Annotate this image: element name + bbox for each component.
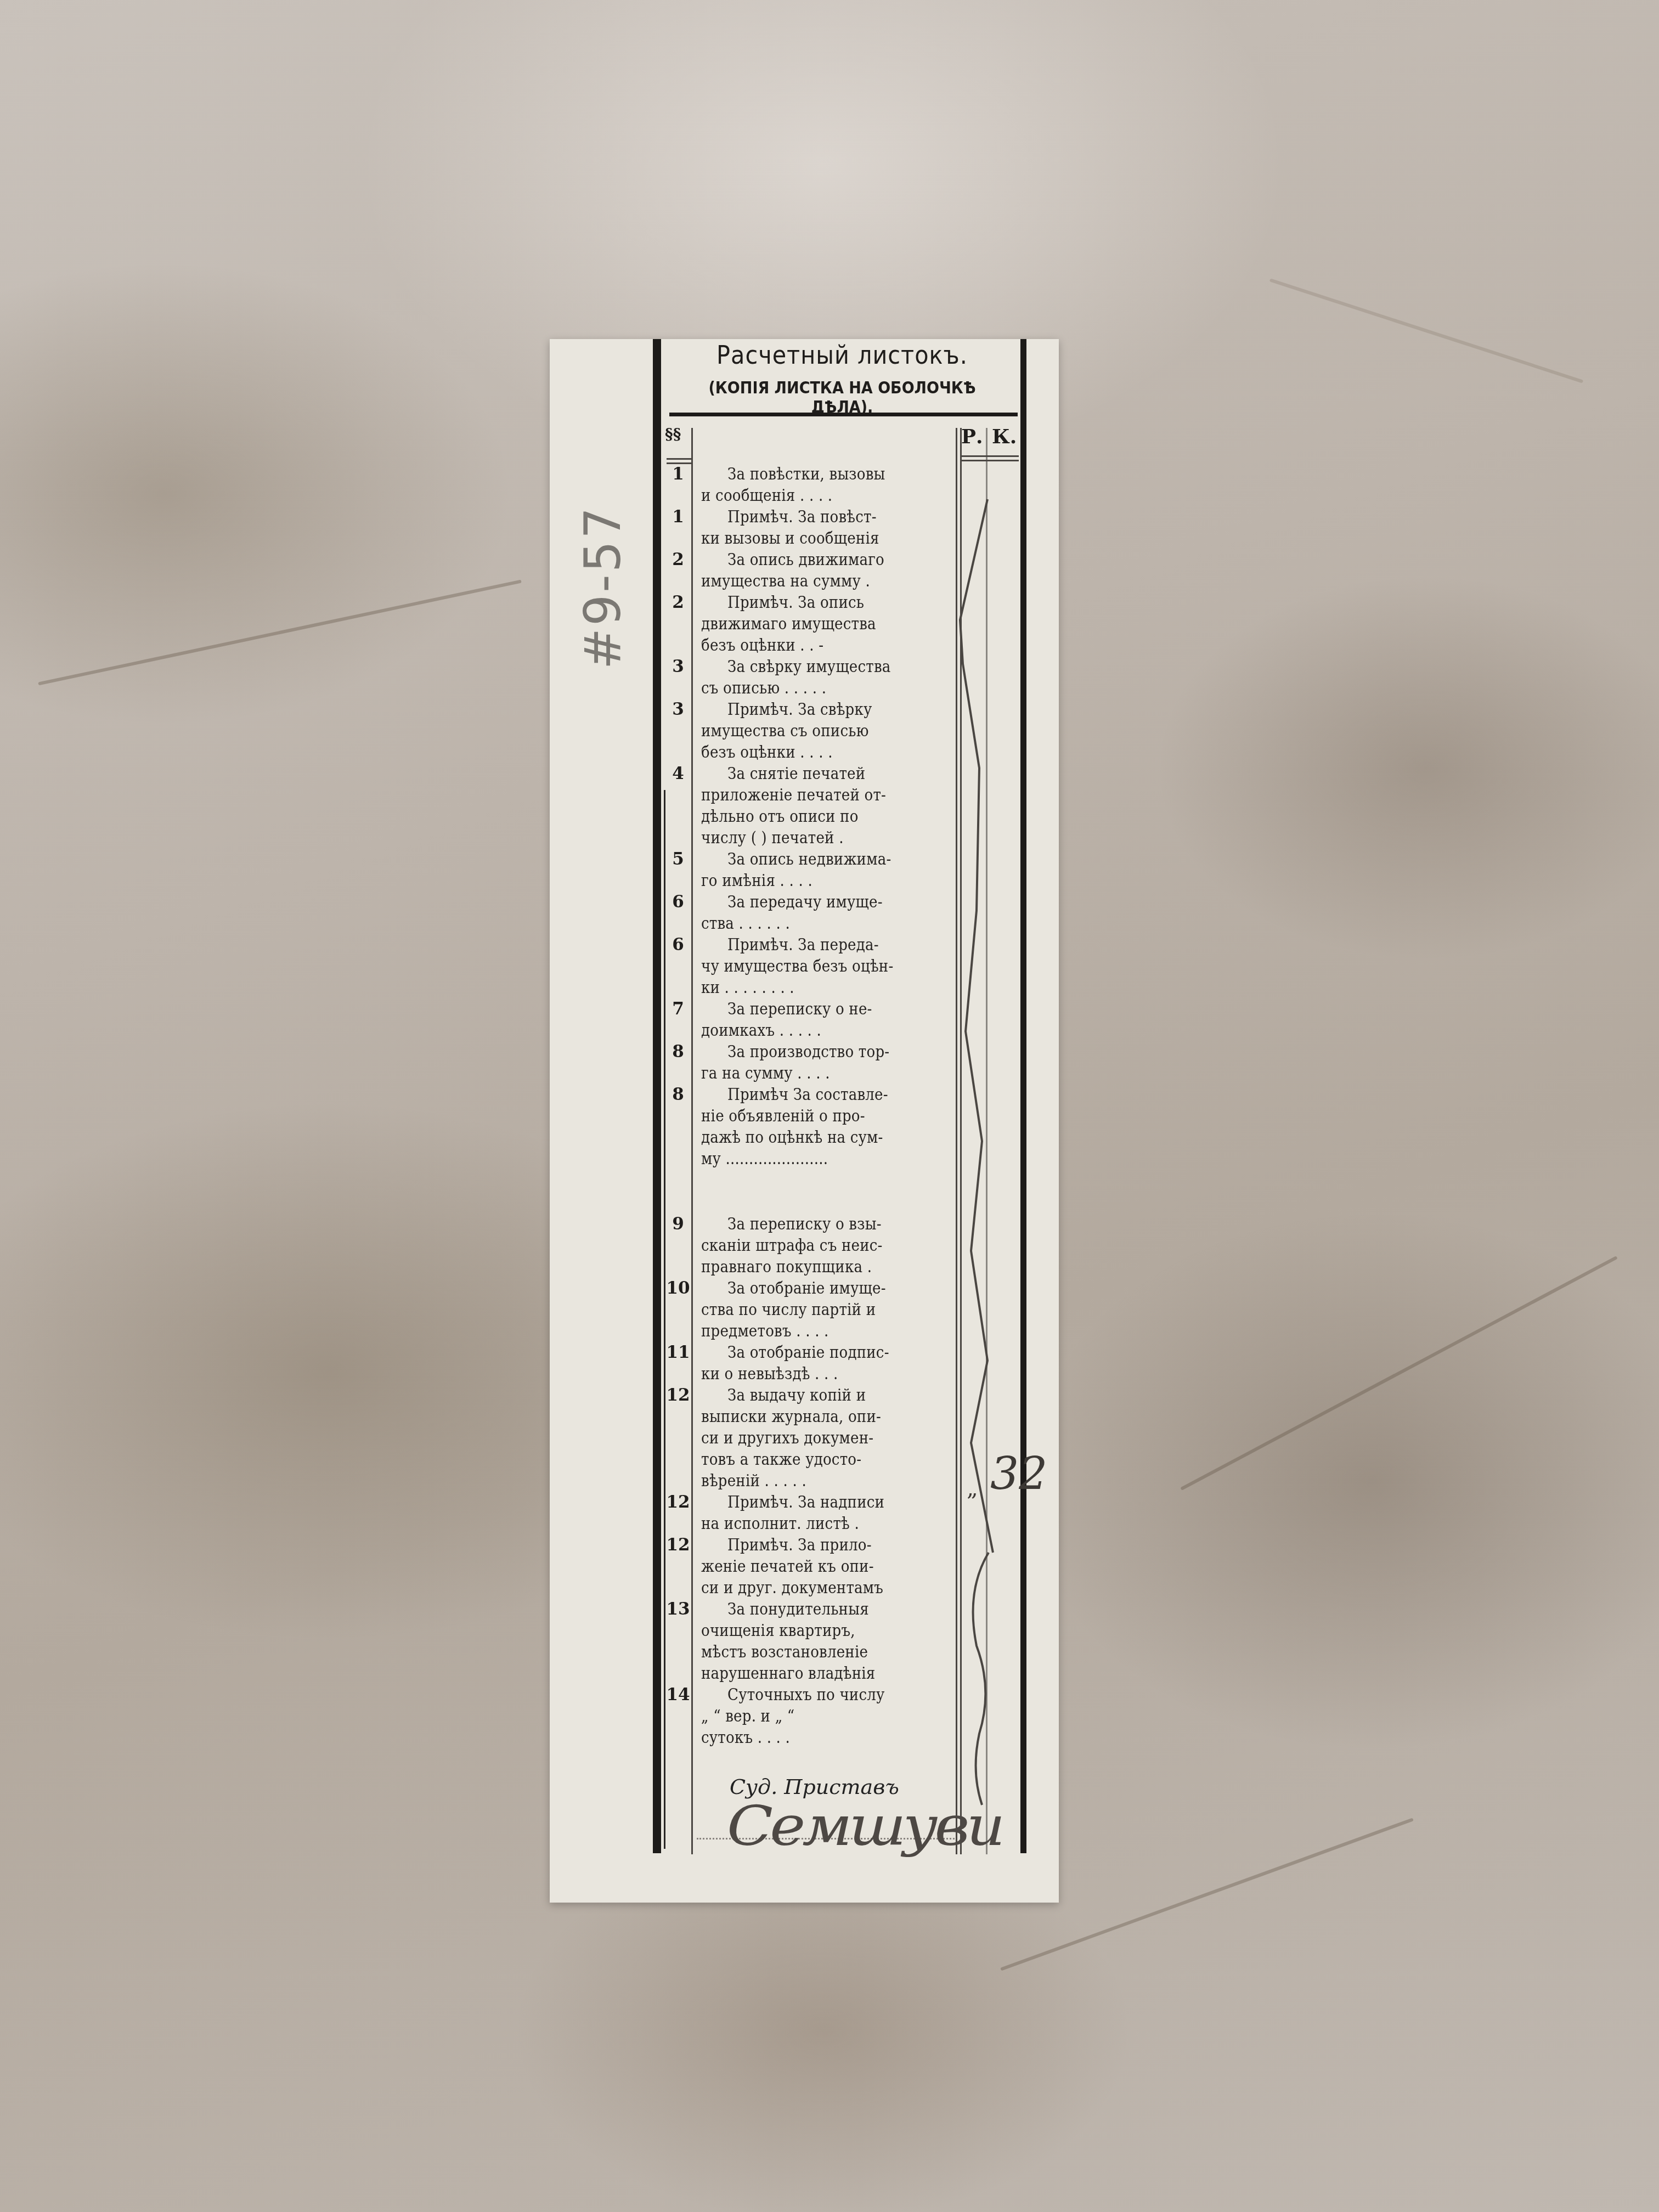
amount-prefix-mark: „ (967, 1476, 978, 1501)
fee-item-row: 3За свѣрку имуществасъ описью . . . . . (664, 656, 960, 699)
section-number: 4 (664, 763, 692, 849)
description-line: За отобраніе подпис- (701, 1342, 960, 1363)
fee-item-row: 11За отобраніе подпис-ки о невыѣздѣ . . … (664, 1342, 960, 1385)
section-number: 14 (664, 1684, 692, 1748)
description-line: вѣреній . . . . . (701, 1470, 960, 1492)
section-number: 1 (664, 506, 692, 549)
description-line: ки вызовы и сообщенія (701, 528, 960, 549)
section-number: 2 (664, 549, 692, 592)
fee-item-row: 12Примѣч. За надписина исполнит. листѣ . (664, 1492, 960, 1534)
margin-note: #9-57 (554, 477, 653, 697)
fee-item-description: За переписку о взы-сканіи штрафа съ неис… (692, 1214, 960, 1278)
document-title: Расчетный листокъ. (664, 340, 1020, 370)
handwritten-amount: 32 (990, 1448, 1047, 1500)
section-number: 11 (664, 1342, 692, 1385)
description-line: правнаго покупщика . (701, 1256, 960, 1278)
description-line: ства . . . . . . (701, 913, 960, 934)
description-line: и сообщенія . . . . (701, 485, 960, 506)
strike-through-line (955, 483, 1031, 1810)
rubles-column-header: Р. (961, 425, 983, 448)
left-border-rule (653, 339, 661, 1853)
description-line: За передачу имуще- (701, 891, 960, 913)
fee-item-description: Примѣч. За переда-чу имущества безъ оцѣн… (692, 934, 960, 998)
fee-item-description: За отобраніе подпис-ки о невыѣздѣ . . . (692, 1342, 960, 1385)
description-line: ства по числу партій и (701, 1299, 960, 1321)
description-line: движимаго имущества (701, 613, 960, 635)
description-line: За снятіе печатей (701, 763, 960, 785)
description-line: сканіи штрафа съ неис- (701, 1235, 960, 1256)
description-line: ки о невыѣздѣ . . . (701, 1363, 960, 1385)
section-number: 8 (664, 1041, 692, 1084)
fee-item-description: За переписку о не-доимкахъ . . . . . (692, 998, 960, 1041)
fee-item-row: 2Примѣч. За описьдвижимаго имуществабезъ… (664, 592, 960, 656)
description-line: За повѣстки, вызовы (701, 464, 960, 485)
header-underline (667, 458, 691, 460)
fee-item-description: За понудительныяочищенія квартиръ,мѣстъ … (692, 1599, 960, 1684)
section-number: 3 (664, 656, 692, 699)
description-line: За выдачу копій и (701, 1385, 960, 1406)
marble-vein (38, 580, 522, 686)
description-line: си и друг. документамъ (701, 1577, 960, 1599)
fee-item-row: 10За отобраніе имуще-ства по числу парті… (664, 1278, 960, 1342)
fee-item-description: За передачу имуще-ства . . . . . . (692, 891, 960, 934)
description-line: си и другихъ докумен- (701, 1427, 960, 1449)
fee-item-row: 1За повѣстки, вызовыи сообщенія . . . . (664, 464, 960, 506)
fee-item-row: 2За опись движимагоимущества на сумму . (664, 549, 960, 592)
fee-item-description: За отобраніе имуще-ства по числу партій … (692, 1278, 960, 1342)
description-line: нарушеннаго владѣнія (701, 1663, 960, 1684)
description-line: За переписку о взы- (701, 1214, 960, 1235)
description-line: имущества на сумму . (701, 571, 960, 592)
header-rule (669, 413, 1018, 416)
description-line: женіе печатей къ опи- (701, 1556, 960, 1577)
section-number: 6 (664, 934, 692, 998)
fee-item-row: 8Примѣч За составле-ніе объявленій о про… (664, 1084, 960, 1170)
fee-item-description: За повѣстки, вызовыи сообщенія . . . . (692, 464, 960, 506)
description-line: числу ( ) печатей . (701, 827, 960, 849)
description-line: го имѣнія . . . . (701, 870, 960, 891)
fee-item-description: За свѣрку имуществасъ описью . . . . . (692, 656, 960, 699)
description-line: товъ а также удосто- (701, 1449, 960, 1470)
fee-item-description: За опись движимагоимущества на сумму . (692, 549, 960, 592)
description-line: приложеніе печатей от- (701, 785, 960, 806)
description-line: Примѣч. За свѣрку (701, 699, 960, 720)
description-line: За производство тор- (701, 1041, 960, 1063)
section-number: 12 (664, 1385, 692, 1492)
description-line: Примѣч. За опись (701, 592, 960, 613)
description-line: очищенія квартиръ, (701, 1620, 960, 1641)
description-line: Суточныхъ по числу (701, 1684, 960, 1706)
kopecks-column-header: К. (992, 425, 1017, 448)
description-line: дажѣ по оцѣнкѣ на сум- (701, 1127, 960, 1148)
description-line: За свѣрку имущества (701, 656, 960, 678)
fee-item-row: 12За выдачу копій ивыписки журнала, опи-… (664, 1385, 960, 1492)
fee-item-row: 5За опись недвижима-го имѣнія . . . . (664, 849, 960, 891)
header-underline (961, 455, 1019, 457)
section-number: 5 (664, 849, 692, 891)
fee-item-description: За снятіе печатейприложеніе печатей от-д… (692, 763, 960, 849)
margin-note-text: #9-57 (575, 505, 633, 669)
description-line: За понудительныя (701, 1599, 960, 1620)
section-number: 2 (664, 592, 692, 656)
description-line: ки . . . . . . . . (701, 977, 960, 998)
marble-vein (1180, 1256, 1617, 1491)
section-number: 1 (664, 464, 692, 506)
fee-item-description: Суточныхъ по числу„ “ вер. и „ “сутокъ .… (692, 1684, 960, 1748)
fee-item-row: 13За понудительныяочищенія квартиръ,мѣст… (664, 1599, 960, 1684)
document-subtitle: (КОПІЯ ЛИСТКА НА ОБОЛОЧКѢ ДѢЛА). (682, 379, 1003, 417)
fee-item-row: 9За переписку о взы-сканіи штрафа съ неи… (664, 1214, 960, 1278)
fee-item-row: 3Примѣч. За свѣркуимущества съ описьюбез… (664, 699, 960, 763)
fee-item-row: 12Примѣч. За прило-женіе печатей къ опи-… (664, 1534, 960, 1599)
section-number: 3 (664, 699, 692, 763)
description-line: За отобраніе имуще- (701, 1278, 960, 1299)
fee-items-list: 1За повѣстки, вызовыи сообщенія . . . .1… (664, 464, 960, 1748)
description-line: „ “ вер. и „ “ (701, 1706, 960, 1727)
fee-item-description: Примѣч. За описьдвижимаго имуществабезъ … (692, 592, 960, 656)
description-line: Примѣч За составле- (701, 1084, 960, 1105)
fee-item-row: 8За производство тор-га на сумму . . . . (664, 1041, 960, 1084)
description-line: дѣльно отъ описи по (701, 806, 960, 827)
fee-item-description: Примѣч. За свѣркуимущества съ описьюбезъ… (692, 699, 960, 763)
description-line: безъ оцѣнки . . . . (701, 742, 960, 763)
description-line: Примѣч. За прило- (701, 1534, 960, 1556)
fee-item-description: За выдачу копій ивыписки журнала, опи-си… (692, 1385, 960, 1492)
description-line: Примѣч. За повѣст- (701, 506, 960, 528)
description-line: За переписку о не- (701, 998, 960, 1020)
description-line: мѣстъ возстановленіе (701, 1641, 960, 1663)
fee-item-description: Примѣч. За надписина исполнит. листѣ . (692, 1492, 960, 1534)
header-underline (961, 460, 1019, 461)
description-line: имущества съ описью (701, 720, 960, 742)
section-number: 12 (664, 1534, 692, 1599)
description-line: предметовъ . . . . (701, 1321, 960, 1342)
fee-item-description: Примѣч За составле-ніе объявленій о про-… (692, 1084, 960, 1170)
fee-item-row: 4За снятіе печатейприложеніе печатей от-… (664, 763, 960, 849)
section-number: 8 (664, 1084, 692, 1170)
fee-item-description: Примѣч. За повѣст-ки вызовы и сообщенія (692, 506, 960, 549)
description-line: му ...................... (701, 1148, 960, 1170)
signature: Семшуви (727, 1795, 1002, 1858)
section-number: 7 (664, 998, 692, 1041)
description-line: чу имущества безъ оцѣн- (701, 956, 960, 977)
fee-item-description: Примѣч. За прило-женіе печатей къ опи-си… (692, 1534, 960, 1599)
marble-vein (1269, 278, 1583, 383)
fee-item-row: 14Суточныхъ по числу„ “ вер. и „ “сутокъ… (664, 1684, 960, 1748)
section-number: 9 (664, 1214, 692, 1278)
description-line: Примѣч. За надписи (701, 1492, 960, 1513)
fee-item-row: 7За переписку о не-доимкахъ . . . . . (664, 998, 960, 1041)
section-column-header: §§ (665, 425, 681, 443)
description-line: Примѣч. За переда- (701, 934, 960, 956)
description-line: За опись недвижима- (701, 849, 960, 870)
description-line: га на сумму . . . . (701, 1063, 960, 1084)
section-number: 13 (664, 1599, 692, 1684)
section-number: 12 (664, 1492, 692, 1534)
description-line: съ описью . . . . . (701, 678, 960, 699)
description-line: ніе объявленій о про- (701, 1105, 960, 1127)
marble-vein (1000, 1818, 1414, 1971)
fee-item-row: 6За передачу имуще-ства . . . . . . (664, 891, 960, 934)
description-line: доимкахъ . . . . . (701, 1020, 960, 1041)
fee-item-description: За производство тор-га на сумму . . . . (692, 1041, 960, 1084)
row-spacer (664, 1170, 960, 1214)
description-line: За опись движимаго (701, 549, 960, 571)
fee-item-row: 1Примѣч. За повѣст-ки вызовы и сообщенія (664, 506, 960, 549)
fee-item-row: 6Примѣч. За переда-чу имущества безъ оцѣ… (664, 934, 960, 998)
fee-item-description: За опись недвижима-го имѣнія . . . . (692, 849, 960, 891)
description-line: безъ оцѣнки . . - (701, 635, 960, 656)
section-number: 10 (664, 1278, 692, 1342)
description-line: на исполнит. листѣ . (701, 1513, 960, 1534)
section-number: 6 (664, 891, 692, 934)
description-line: выписки журнала, опи- (701, 1406, 960, 1427)
description-line: сутокъ . . . . (701, 1727, 960, 1748)
